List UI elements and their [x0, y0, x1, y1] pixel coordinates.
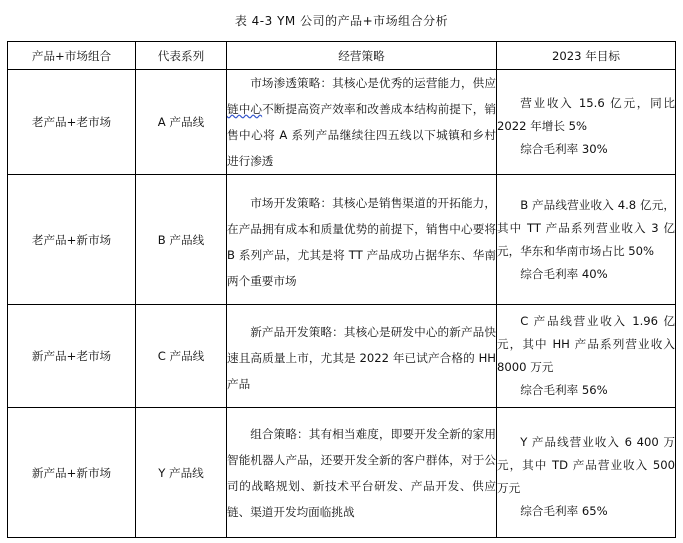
- target-revenue: C 产品线营业收入 1.96 亿元，其中 HH 产品系列营业收入 8000 万元: [497, 310, 675, 379]
- product-market-matrix-table: 产品+市场组合 代表系列 经营策略 2023 年目标 老产品+老市场 A 产品线…: [7, 41, 676, 538]
- cell-strategy: 组合策略：其有相当难度，即要开发全新的家用智能机器人产品，还要开发全新的客户群体…: [227, 408, 497, 538]
- cell-combination: 老产品+新市场: [8, 175, 136, 305]
- table-row: 新产品+老市场 C 产品线 新产品开发策略：其核心是研发中心的新产品快速且高质量…: [8, 305, 676, 408]
- cell-strategy: 市场渗透策略：其核心是优秀的运营能力，供应链中心不断提高资产效率和改善成本结构前…: [227, 70, 497, 175]
- table-row: 老产品+新市场 B 产品线 市场开发策略：其核心是销售渠道的开拓能力，在产品拥有…: [8, 175, 676, 305]
- cell-combination: 新产品+老市场: [8, 305, 136, 408]
- table-caption: 表 4-3 YM 公司的产品+市场组合分析: [0, 12, 683, 29]
- cell-series: C 产品线: [136, 305, 227, 408]
- target-revenue: 营业收入 15.6 亿元，同比 2022 年增长 5%: [497, 92, 675, 138]
- cell-target: C 产品线营业收入 1.96 亿元，其中 HH 产品系列营业收入 8000 万元…: [497, 305, 676, 408]
- strategy-text: 新产品开发策略：其核心是研发中心的新产品快速且高质量上市，尤其是 2022 年已…: [227, 319, 496, 397]
- target-revenue: B 产品线营业收入 4.8 亿元，其中 TT 产品系列营业收入 3 亿元，华东和…: [497, 194, 675, 263]
- cell-strategy: 市场开发策略：其核心是销售渠道的开拓能力，在产品拥有成本和质量优势的前提下，销售…: [227, 175, 497, 305]
- header-strategy: 经营策略: [227, 42, 497, 70]
- target-gross-margin: 综合毛利率 40%: [497, 263, 675, 286]
- header-series: 代表系列: [136, 42, 227, 70]
- cell-target: Y 产品线营业收入 6 400 万元，其中 TD 产品营业收入 500 万元 综…: [497, 408, 676, 538]
- cell-strategy: 新产品开发策略：其核心是研发中心的新产品快速且高质量上市，尤其是 2022 年已…: [227, 305, 497, 408]
- cell-target: B 产品线营业收入 4.8 亿元，其中 TT 产品系列营业收入 3 亿元，华东和…: [497, 175, 676, 305]
- strategy-text-part: 市场渗透策略：其核心是优秀的运营能力，供应: [250, 76, 496, 90]
- target-revenue: Y 产品线营业收入 6 400 万元，其中 TD 产品营业收入 500 万元: [497, 431, 675, 500]
- spellcheck-underlined-text: 链中心: [227, 102, 262, 116]
- header-combination: 产品+市场组合: [8, 42, 136, 70]
- table-row: 老产品+老市场 A 产品线 市场渗透策略：其核心是优秀的运营能力，供应链中心不断…: [8, 70, 676, 175]
- cell-target: 营业收入 15.6 亿元，同比 2022 年增长 5% 综合毛利率 30%: [497, 70, 676, 175]
- table-row: 新产品+新市场 Y 产品线 组合策略：其有相当难度，即要开发全新的家用智能机器人…: [8, 408, 676, 538]
- table-header-row: 产品+市场组合 代表系列 经营策略 2023 年目标: [8, 42, 676, 70]
- cell-series: B 产品线: [136, 175, 227, 305]
- target-gross-margin: 综合毛利率 65%: [497, 500, 675, 523]
- cell-series: A 产品线: [136, 70, 227, 175]
- strategy-text-part: 不断提高资产效率和改善成本结构前提下，销售中心将 A 系列产品继续往四五线以下城…: [227, 102, 496, 168]
- cell-combination: 老产品+老市场: [8, 70, 136, 175]
- cell-series: Y 产品线: [136, 408, 227, 538]
- target-gross-margin: 综合毛利率 56%: [497, 379, 675, 402]
- cell-combination: 新产品+新市场: [8, 408, 136, 538]
- strategy-text: 市场开发策略：其核心是销售渠道的开拓能力，在产品拥有成本和质量优势的前提下，销售…: [227, 190, 496, 294]
- target-gross-margin: 综合毛利率 30%: [497, 138, 675, 161]
- header-target-2023: 2023 年目标: [497, 42, 676, 70]
- strategy-text: 组合策略：其有相当难度，即要开发全新的家用智能机器人产品，还要开发全新的客户群体…: [227, 421, 496, 525]
- strategy-text: 市场渗透策略：其核心是优秀的运营能力，供应链中心不断提高资产效率和改善成本结构前…: [227, 70, 496, 174]
